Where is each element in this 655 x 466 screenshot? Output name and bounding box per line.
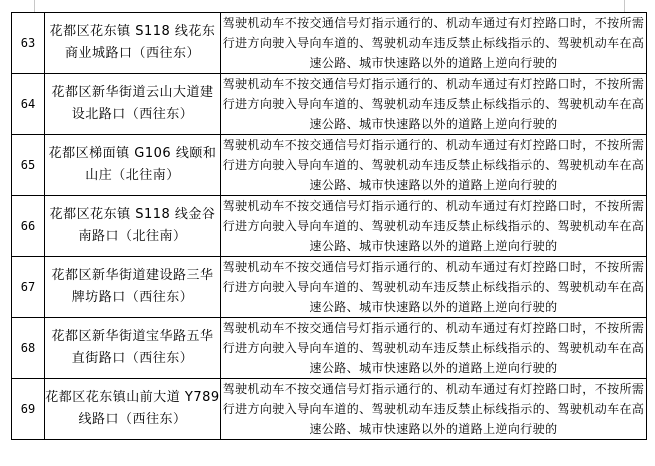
table-row: 64 花都区新华街道云山大道建设北路口（西往东） 驾驶机动车不按交通信号灯指示通… [12, 74, 647, 135]
row-number: 64 [12, 74, 45, 135]
violation-description-cell: 驾驶机动车不按交通信号灯指示通行的、机动车通过有灯控路口时，不按所需行进方向驶入… [221, 135, 647, 196]
location-cell: 花都区新华街道宝华路五华直街路口（西往东） [45, 318, 221, 379]
page-margin-mark-right [624, 0, 625, 12]
location-cell: 花都区新华街道建设路三华牌坊路口（西往东） [45, 257, 221, 318]
location-cell: 花都区梯面镇 G106 线颐和山庄（北往南） [45, 135, 221, 196]
violation-description-cell: 驾驶机动车不按交通信号灯指示通行的、机动车通过有灯控路口时，不按所需行进方向驶入… [221, 74, 647, 135]
location-cell: 花都区新华街道云山大道建设北路口（西往东） [45, 74, 221, 135]
row-number: 65 [12, 135, 45, 196]
traffic-violation-locations-table: 63 花都区花东镇 S118 线花东商业城路口（西往东） 驾驶机动车不按交通信号… [11, 12, 647, 440]
row-number: 63 [12, 13, 45, 74]
location-cell: 花都区花东镇山前大道 Y789 线路口（西往东） [45, 379, 221, 440]
violation-description-cell: 驾驶机动车不按交通信号灯指示通行的、机动车通过有灯控路口时，不按所需行进方向驶入… [221, 379, 647, 440]
table-row: 65 花都区梯面镇 G106 线颐和山庄（北往南） 驾驶机动车不按交通信号灯指示… [12, 135, 647, 196]
row-number: 66 [12, 196, 45, 257]
row-number: 67 [12, 257, 45, 318]
table-row: 63 花都区花东镇 S118 线花东商业城路口（西往东） 驾驶机动车不按交通信号… [12, 13, 647, 74]
table-row: 68 花都区新华街道宝华路五华直街路口（西往东） 驾驶机动车不按交通信号灯指示通… [12, 318, 647, 379]
location-cell: 花都区花东镇 S118 线花东商业城路口（西往东） [45, 13, 221, 74]
row-number: 68 [12, 318, 45, 379]
violation-description-cell: 驾驶机动车不按交通信号灯指示通行的、机动车通过有灯控路口时，不按所需行进方向驶入… [221, 318, 647, 379]
table-row: 67 花都区新华街道建设路三华牌坊路口（西往东） 驾驶机动车不按交通信号灯指示通… [12, 257, 647, 318]
violation-description-cell: 驾驶机动车不按交通信号灯指示通行的、机动车通过有灯控路口时，不按所需行进方向驶入… [221, 196, 647, 257]
location-cell: 花都区花东镇 S118 线金谷南路口（北往南） [45, 196, 221, 257]
table-row: 69 花都区花东镇山前大道 Y789 线路口（西往东） 驾驶机动车不按交通信号灯… [12, 379, 647, 440]
page-margin-mark-left [34, 0, 35, 12]
table-row: 66 花都区花东镇 S118 线金谷南路口（北往南） 驾驶机动车不按交通信号灯指… [12, 196, 647, 257]
violation-description-cell: 驾驶机动车不按交通信号灯指示通行的、机动车通过有灯控路口时，不按所需行进方向驶入… [221, 257, 647, 318]
violation-description-cell: 驾驶机动车不按交通信号灯指示通行的、机动车通过有灯控路口时，不按所需行进方向驶入… [221, 13, 647, 74]
row-number: 69 [12, 379, 45, 440]
